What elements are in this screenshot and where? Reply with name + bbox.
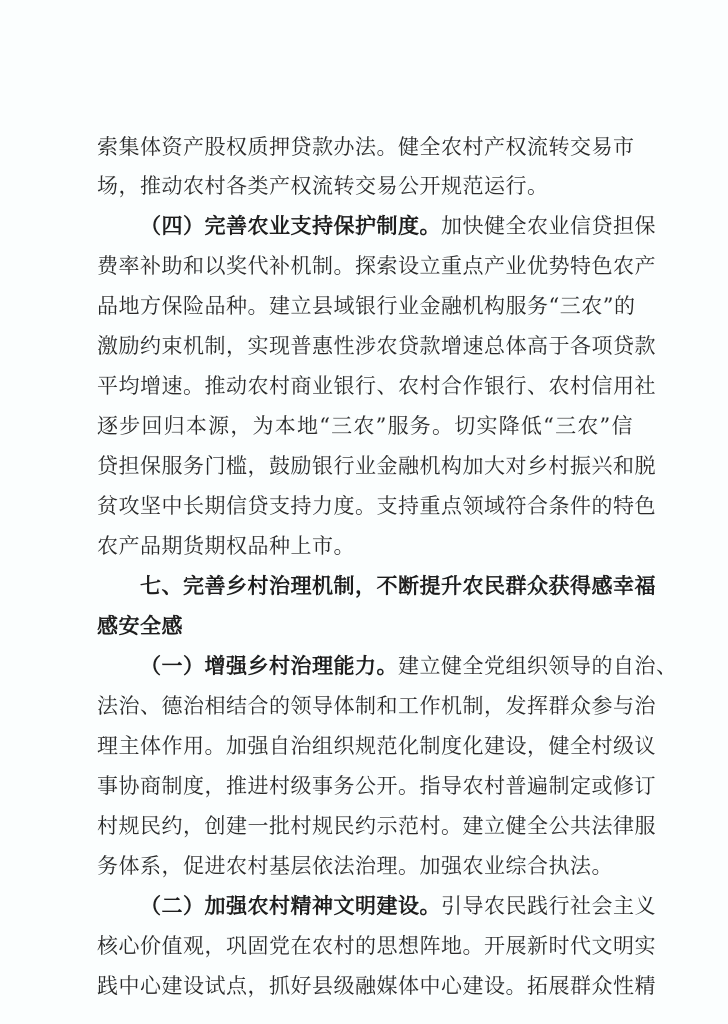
text-line: 品地方保险品种。建立县域银行业金融机构服务“三农”的 — [97, 291, 633, 321]
text-line: 贷担保服务门槛，鼓励银行业金融机构加大对乡村振兴和脱 — [97, 451, 633, 481]
text-line: 事协商制度，推进村级事务公开。指导农村普遍制定或修订 — [97, 771, 633, 801]
chapter-heading: 七、完善乡村治理机制，不断提升农民群众获得感幸福 — [140, 571, 633, 601]
text-line: 务体系，促进农村基层依法治理。加强农业综合执法。 — [97, 851, 633, 881]
section-heading-governance: （一）增强乡村治理能力。 — [140, 654, 398, 678]
document-page: 索集体资产股权质押贷款办法。健全农村产权流转交易市 场，推动农村各类产权流转交易… — [0, 0, 728, 1024]
text-line: 法治、德治相结合的领导体制和工作机制，发挥群众参与治 — [97, 691, 633, 721]
chapter-heading-continued: 感安全感 — [97, 611, 633, 641]
text-span: 加快健全农业信贷担保 — [441, 214, 656, 238]
text-line: 村规民约，创建一批村规民约示范村。建立健全公共法律服 — [97, 811, 633, 841]
section-heading-civilization: （二）加强农村精神文明建设。 — [140, 894, 441, 918]
text-span: 引导农民践行社会主义 — [441, 894, 656, 918]
paragraph-2-first-line: （二）加强农村精神文明建设。引导农民践行社会主义 — [140, 891, 633, 921]
text-line: 逐步回归本源，为本地“三农”服务。切实降低“三农”信 — [97, 411, 633, 441]
paragraph-4-first-line: （四）完善农业支持保护制度。加快健全农业信贷担保 — [140, 211, 633, 241]
text-line: 理主体作用。加强自治组织规范化制度化建设，健全村级议 — [97, 731, 633, 761]
section-heading-agri-support: （四）完善农业支持保护制度。 — [140, 214, 441, 238]
text-span: 建立健全党组织领导的自治、 — [398, 654, 678, 678]
text-line: 贫攻坚中长期信贷支持力度。支持重点领域符合条件的特色 — [97, 491, 633, 521]
text-line: 农产品期货期权品种上市。 — [97, 531, 633, 561]
text-line: 索集体资产股权质押贷款办法。健全农村产权流转交易市 — [97, 132, 633, 162]
text-line: 激励约束机制，实现普惠性涉农贷款增速总体高于各项贷款 — [97, 331, 633, 361]
text-line: 场，推动农村各类产权流转交易公开规范运行。 — [97, 171, 633, 201]
text-line: 平均增速。推动农村商业银行、农村合作银行、农村信用社 — [97, 371, 633, 401]
text-line: 核心价值观，巩固党在农村的思想阵地。开展新时代文明实 — [97, 931, 633, 961]
text-line: 践中心建设试点，抓好县级融媒体中心建设。拓展群众性精 — [97, 971, 633, 1001]
paragraph-1-first-line: （一）增强乡村治理能力。建立健全党组织领导的自治、 — [140, 651, 633, 681]
text-line: 费率补助和以奖代补机制。探索设立重点产业优势特色农产 — [97, 251, 633, 281]
